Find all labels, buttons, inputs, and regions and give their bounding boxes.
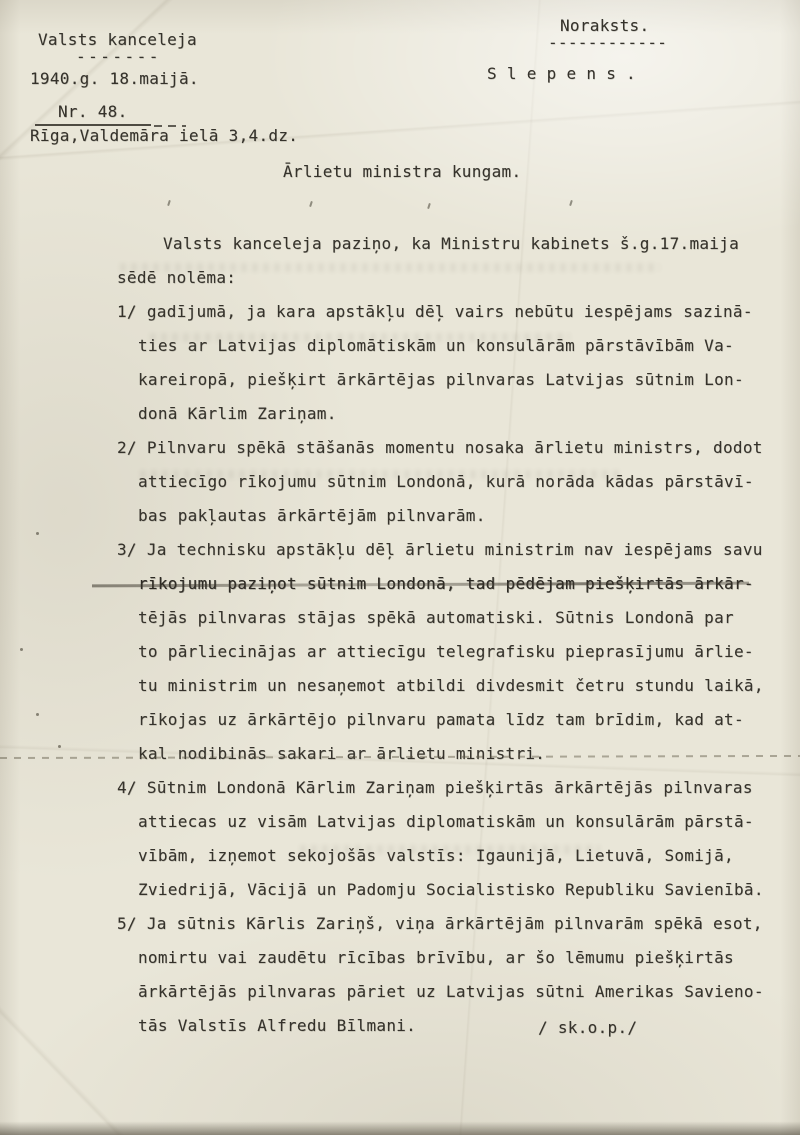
- list-item-line: ties ar Latvijas diplomātiskām un konsul…: [117, 329, 789, 363]
- list-item-line: bas pakļautas ārkārtējām pilnvarām.: [117, 499, 789, 533]
- item-text: Ja sūtnis Kārlis Zariņš, viņa ārkārtējām…: [147, 914, 763, 933]
- margin-dot: [58, 745, 61, 748]
- intro-line: sēdē nolēma:: [117, 261, 789, 295]
- list-item-line: to pārliecinājas ar attiecīgu telegrafis…: [117, 635, 789, 669]
- signature: / sk.o.p./: [538, 1018, 637, 1037]
- list-item-line: vībām, izņemot sekojošās valstīs: Igauni…: [117, 839, 789, 873]
- list-item-line: tējās pilnvaras stājas spēkā automatiski…: [117, 601, 789, 635]
- sender-number: Nr. 48.: [58, 102, 128, 121]
- list-item-line: ārkārtējās pilnvaras pāriet uz Latvijas …: [117, 975, 789, 1009]
- list-item-line: 5/Ja sūtnis Kārlis Zariņš, viņa ārkārtēj…: [117, 907, 789, 941]
- list-item-line: 2/Pilnvaru spēkā stāšanās momentu nosaka…: [117, 431, 789, 465]
- stray-mark: [309, 201, 313, 207]
- document-page: Valsts kanceleja ------- 1940.g. 18.maij…: [0, 0, 800, 1135]
- item-number: 3/: [117, 533, 137, 567]
- item-number: 1/: [117, 295, 137, 329]
- margin-dot: [36, 532, 39, 535]
- sender-office-underline: -------: [76, 47, 161, 66]
- list-item-line: donā Kārlim Zariņam.: [117, 397, 789, 431]
- list-item-line: attiecīgo rīkojumu sūtnim Londonā, kurā …: [117, 465, 789, 499]
- item-number: 4/: [117, 771, 137, 805]
- list-item-line: rīkojas uz ārkārtējo pilnvaru pamata līd…: [117, 703, 789, 737]
- document-body: Valsts kanceleja paziņo, ka Ministru kab…: [117, 227, 789, 1043]
- intro-line: Valsts kanceleja paziņo, ka Ministru kab…: [117, 227, 789, 261]
- list-item-line: 4/Sūtnim Londonā Kārlim Zariņam piešķirt…: [117, 771, 789, 805]
- margin-dot: [20, 648, 23, 651]
- list-item-line: nomirtu vai zaudētu rīcības brīvību, ar …: [117, 941, 789, 975]
- stray-mark: [167, 200, 171, 206]
- item-text: Pilnvaru spēkā stāšanās momentu nosaka ā…: [147, 438, 763, 457]
- margin-dot: [36, 713, 39, 716]
- list-item-line: tās Valstīs Alfredu Bīlmani.: [117, 1009, 789, 1043]
- sender-address: Rīga,Valdemāra ielā 3,4.dz.: [30, 126, 298, 145]
- list-item-line: Zviedrijā, Vācijā un Padomju Socialistis…: [117, 873, 789, 907]
- secret-label: S l e p e n s .: [487, 64, 636, 83]
- list-item-line: 1/gadījumā, ja kara apstākļu dēļ vairs n…: [117, 295, 789, 329]
- list-item-line: 3/Ja technisku apstākļu dēļ ārlietu mini…: [117, 533, 789, 567]
- stray-mark: [569, 200, 573, 206]
- salutation: Ārlietu ministra kungam.: [283, 162, 521, 181]
- item-number: 5/: [117, 907, 137, 941]
- sender-date: 1940.g. 18.maijā.: [30, 69, 199, 88]
- item-number: 2/: [117, 431, 137, 465]
- list-item-line-creased: rīkojumu paziņot sūtnim Londonā, tad pēd…: [117, 567, 789, 601]
- item-text: Sūtnim Londonā Kārlim Zariņam piešķirtās…: [147, 778, 753, 797]
- stray-mark: [427, 203, 431, 209]
- copy-underline: ------------: [548, 33, 667, 52]
- list-item-line: kareiropā, piešķirt ārkārtējas pilnvaras…: [117, 363, 789, 397]
- list-item-line: kal nodibinās sakari ar ārlietu ministri…: [117, 737, 789, 771]
- list-item-line: attiecas uz visām Latvijas diplomatiskām…: [117, 805, 789, 839]
- item-text: gadījumā, ja kara apstākļu dēļ vairs neb…: [147, 302, 753, 321]
- list-item-line: tu ministrim un nesaņemot atbildi divdes…: [117, 669, 789, 703]
- item-text: Ja technisku apstākļu dēļ ārlietu minist…: [147, 540, 763, 559]
